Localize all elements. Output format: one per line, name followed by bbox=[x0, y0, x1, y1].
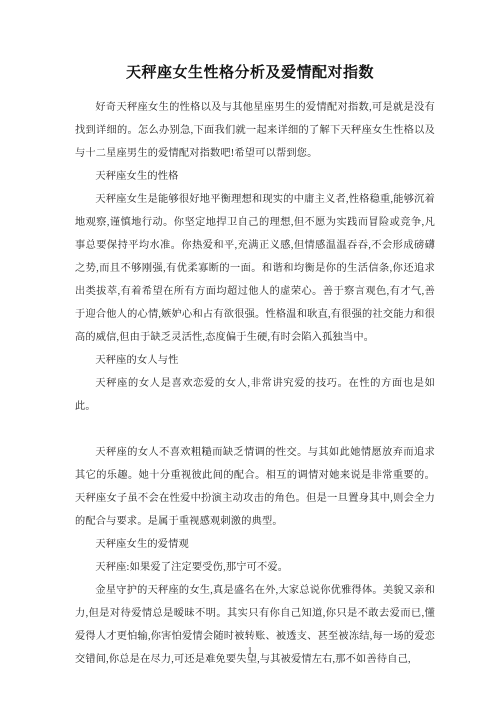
body-paragraph: 天秤座:如果爱了注定要受伤,那宁可不爱。 bbox=[75, 556, 435, 579]
body-paragraph: 好奇天秤座女生的性格以及与其他星座男生的爱情配对指数,可是就是没有找到详细的。怎… bbox=[75, 96, 435, 165]
body-paragraph: 天秤座女生是能够很好地平衡理想和现实的中庸主义者,性格稳重,能够沉着地观察,谨慎… bbox=[75, 188, 435, 349]
document-page: 天秤座女生性格分析及爱情配对指数 好奇天秤座女生的性格以及与其他星座男生的爱情配… bbox=[0, 0, 500, 708]
body-paragraph: 天秤座的女人是喜欢恋爱的女人,非常讲究爱的技巧。在性的方面也是如此。 bbox=[75, 372, 435, 418]
document-title: 天秤座女生性格分析及爱情配对指数 bbox=[0, 63, 500, 83]
blank-line bbox=[75, 418, 435, 441]
document-body: 好奇天秤座女生的性格以及与其他星座男生的爱情配对指数,可是就是没有找到详细的。怎… bbox=[0, 96, 500, 671]
section-heading: 天秤座的女人与性 bbox=[75, 349, 435, 372]
body-paragraph: 天秤座的女人不喜欢粗糙而缺乏情调的性交。与其如此她情愿放弃而追求其它的乐趣。她十… bbox=[75, 441, 435, 533]
section-heading: 天秤座女生的性格 bbox=[75, 165, 435, 188]
section-heading: 天秤座女生的爱情观 bbox=[75, 533, 435, 556]
page-number: 1 bbox=[0, 645, 500, 659]
